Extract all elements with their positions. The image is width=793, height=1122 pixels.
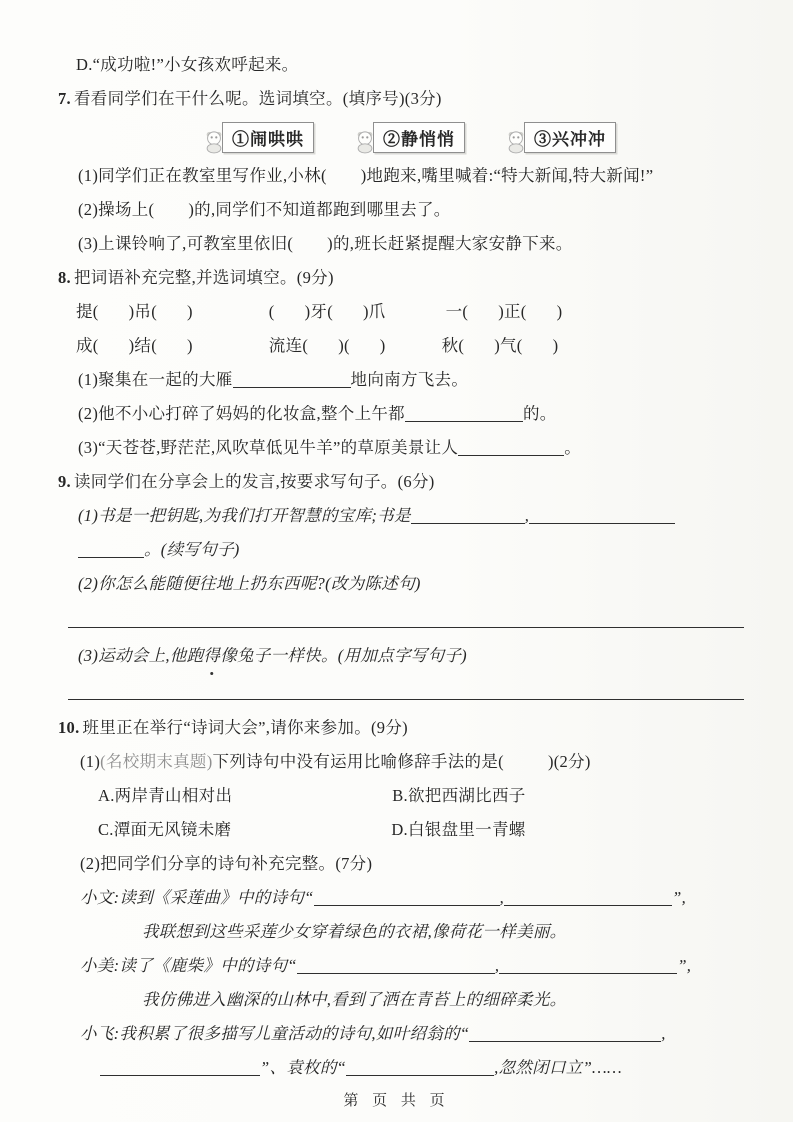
text-run: 我联想到这些采莲少女穿着绿色的衣裙,像荷花一样美丽。 xyxy=(142,922,566,941)
text-run: 下列诗句中没有运用比喻修辞手法的是( xyxy=(213,752,504,771)
word-option-group: ①闹哄哄 xyxy=(203,121,314,154)
text-run: D.“成功啦!”小女孩欢呼起来。 xyxy=(76,55,298,74)
q10-xiaowen: 小文:读到《采莲曲》中的诗句“,”, xyxy=(58,881,763,915)
text-run: D.白银盘里一青螺 xyxy=(391,820,525,839)
text-run: )吊( xyxy=(129,302,157,321)
text-run: (1)同学们正在教室里写作业,小林( xyxy=(78,166,327,185)
text-run: 地向南方飞去。 xyxy=(351,370,469,389)
text-run: 班里正在举行“诗词大会”,请你来参加。(9分) xyxy=(83,718,408,737)
text-run: 把词语补充完整,并选词填空。(9分) xyxy=(74,268,334,287)
text-run: 读同学们在分享会上的发言,按要求写句子。(6分) xyxy=(74,472,435,491)
text-run: (1)聚集在一起的大雁 xyxy=(78,370,233,389)
question-number: 9. xyxy=(58,472,71,491)
text-run: 提( xyxy=(76,302,99,321)
q8-title: 8.把词语补充完整,并选词填空。(9分) xyxy=(58,261,763,295)
answer-blank xyxy=(458,455,564,456)
q7-item-1: (1)同学们正在教室里写作业,小林()地跑来,嘴里喊着:“特大新闻,特大新闻!” xyxy=(58,159,763,193)
text-run: ,忽然闭口立”…… xyxy=(494,1058,622,1077)
answer-blank xyxy=(499,973,677,974)
q10-xiaofei: 小飞:我积累了很多描写儿童活动的诗句,如叶绍翁的“, xyxy=(58,1017,763,1051)
q10-xiaomei: 小美:读了《鹿柴》中的诗句“,”, xyxy=(58,949,763,983)
text-run: 流连( xyxy=(269,336,308,355)
q7-item-2: (2)操场上()的,同学们不知道都跑到哪里去了。 xyxy=(58,193,763,227)
source-tag: (名校期末真题) xyxy=(100,752,212,771)
q10-xiaowen-cont: 我联想到这些采莲少女穿着绿色的衣裙,像荷花一样美丽。 xyxy=(58,915,763,949)
text-run: ) xyxy=(187,336,193,355)
q10-options-cd: C.潭面无风镜未磨D.白银盘里一青螺 xyxy=(58,813,763,847)
text-run: (1)书是一把钥匙,为我们打开智慧的宝库;书是 xyxy=(78,506,411,525)
q10-xiaomei-cont: 我仿佛进入幽深的山林中,看到了洒在青苔上的细碎柔光。 xyxy=(58,983,763,1017)
text-run: ( xyxy=(269,302,275,321)
q10-options-ab: A.两岸青山相对出B.欲把西湖比西子 xyxy=(58,779,763,813)
text-run: (3)运动会上,他跑 xyxy=(78,646,203,665)
word-option-group: ②静悄悄 xyxy=(354,121,465,154)
answer-blank xyxy=(314,905,500,906)
q8-word-row-1: 提()吊()()牙()爪一()正() xyxy=(58,295,763,329)
text-run: )正( xyxy=(498,302,526,321)
q8-item-1: (1)聚集在一起的大雁地向南方飞去。 xyxy=(58,363,763,397)
answer-blank xyxy=(529,523,675,524)
q10-xiaofei-cont: ”、袁枚的“,忽然闭口立”…… xyxy=(58,1051,763,1085)
text-run: )(2分) xyxy=(548,752,591,771)
text-run: (1) xyxy=(80,752,100,771)
q10-item-1: (1)(名校期末真题)下列诗句中没有运用比喻修辞手法的是()(2分) xyxy=(58,745,763,779)
answer-blank xyxy=(68,627,744,628)
answer-blank xyxy=(297,973,495,974)
text-run: (3)“天苍苍,野茫茫,风吹草低见牛羊”的草原美景让人 xyxy=(78,438,458,457)
text-run: )牙( xyxy=(305,302,333,321)
q9-title: 9.读同学们在分享会上的发言,按要求写句子。(6分) xyxy=(58,465,763,499)
exam-page: D.“成功啦!”小女孩欢呼起来。7.看看同学们在干什么呢。选词填空。(填序号)(… xyxy=(0,0,793,1122)
q7-item-3: (3)上课铃响了,可教室里依旧()的,班长赶紧提醒大家安静下来。 xyxy=(58,227,763,261)
text-run: 成( xyxy=(76,336,99,355)
answer-blank xyxy=(78,557,144,558)
text-run: 小飞:我积累了很多描写儿童活动的诗句,如叶绍翁的“ xyxy=(80,1024,469,1043)
q9-item-1-cont: 。(续写句子) xyxy=(58,533,763,567)
question-number: 8. xyxy=(58,268,71,287)
answer-blank xyxy=(233,387,351,388)
text-run: 看看同学们在干什么呢。选词填空。(填序号)(3分) xyxy=(74,89,442,108)
word-option-box: ①闹哄哄 xyxy=(222,122,314,153)
answer-blank xyxy=(100,1075,260,1076)
exam-lines-top: D.“成功啦!”小女孩欢呼起来。7.看看同学们在干什么呢。选词填空。(填序号)(… xyxy=(58,48,763,116)
word-option-box: ②静悄悄 xyxy=(373,122,465,153)
answer-rule-2 xyxy=(58,673,763,711)
q8-item-3: (3)“天苍苍,野茫茫,风吹草低见牛羊”的草原美景让人。 xyxy=(58,431,763,465)
text-run: B.欲把西湖比西子 xyxy=(392,786,525,805)
text-run: ) xyxy=(557,302,563,321)
text-run: ) xyxy=(380,336,386,355)
text-run: 。 xyxy=(564,438,581,457)
answer-blank xyxy=(411,523,525,524)
q10-title: 10.班里正在举行“诗词大会”,请你来参加。(9分) xyxy=(58,711,763,745)
text-run: 的。 xyxy=(523,404,557,423)
text-run: A.两岸青山相对出 xyxy=(98,786,232,805)
text-run: (3)上课铃响了,可教室里依旧( xyxy=(78,234,293,253)
text-run: 。(续写句子) xyxy=(144,540,240,559)
answer-blank xyxy=(68,699,744,700)
text-run: 像兔子一样快。(用加点字写句子) xyxy=(220,646,467,665)
text-run: 小文:读到《采莲曲》中的诗句“ xyxy=(80,888,314,907)
text-run: 秋( xyxy=(442,336,465,355)
text-run: )( xyxy=(338,336,350,355)
page-footer: 第 页 共 页 xyxy=(58,1085,763,1122)
word-option-box: ③兴冲冲 xyxy=(524,122,616,153)
text-run: , xyxy=(661,1024,665,1043)
option-d-line: D.“成功啦!”小女孩欢呼起来。 xyxy=(58,48,763,82)
exam-lines-main: (1)同学们正在教室里写作业,小林()地跑来,嘴里喊着:“特大新闻,特大新闻!”… xyxy=(58,159,763,1085)
q8-word-row-2: 成()结()流连()()秋()气() xyxy=(58,329,763,363)
emphasized-char: 得 xyxy=(203,639,220,673)
q9-item-2: (2)你怎么能随便往地上扔东西呢?(改为陈述句) xyxy=(58,567,763,601)
answer-blank xyxy=(469,1041,661,1042)
text-run: (2)操场上( xyxy=(78,200,154,219)
text-run: ”, xyxy=(672,888,686,907)
text-run: )的,同学们不知道都跑到哪里去了。 xyxy=(188,200,450,219)
text-run: )地跑来,嘴里喊着:“特大新闻,特大新闻!” xyxy=(361,166,654,185)
answer-blank xyxy=(405,421,523,422)
text-run: 我仿佛进入幽深的山林中,看到了洒在青苔上的细碎柔光。 xyxy=(142,990,566,1009)
text-run: 小美:读了《鹿柴》中的诗句“ xyxy=(80,956,297,975)
q10-item-2: (2)把同学们分享的诗句补充完整。(7分) xyxy=(58,847,763,881)
question-number: 7. xyxy=(58,89,71,108)
text-run: (2)他不小心打碎了妈妈的化妆盒,整个上午都 xyxy=(78,404,405,423)
text-run: (2)把同学们分享的诗句补充完整。(7分) xyxy=(80,854,372,873)
text-run: ) xyxy=(187,302,193,321)
word-option-group: ③兴冲冲 xyxy=(505,121,616,154)
answer-blank xyxy=(504,905,672,906)
answer-blank xyxy=(346,1075,494,1076)
question-number: 10. xyxy=(58,718,80,737)
q9-item-1: (1)书是一把钥匙,为我们打开智慧的宝库;书是, xyxy=(58,499,763,533)
text-run: C.潭面无风镜未磨 xyxy=(98,820,231,839)
text-run: (2)你怎么能随便往地上扔东西呢?(改为陈述句) xyxy=(78,574,421,593)
text-run: ”, xyxy=(677,956,691,975)
text-run: )结( xyxy=(129,336,157,355)
answer-rule-1 xyxy=(58,601,763,639)
word-options-row: ①闹哄哄 ②静悄悄 ③兴冲冲 xyxy=(203,116,763,159)
text-run: )爪 xyxy=(363,302,386,321)
text-run: )气( xyxy=(494,336,522,355)
text-run: ) xyxy=(553,336,559,355)
text-run: 一( xyxy=(446,302,469,321)
text-run: )的,班长赶紧提醒大家安静下来。 xyxy=(327,234,572,253)
q7-title: 7.看看同学们在干什么呢。选词填空。(填序号)(3分) xyxy=(58,82,763,116)
q8-item-2: (2)他不小心打碎了妈妈的化妆盒,整个上午都的。 xyxy=(58,397,763,431)
text-run: ”、袁枚的“ xyxy=(260,1058,346,1077)
q9-item-3: (3)运动会上,他跑得像兔子一样快。(用加点字写句子) xyxy=(58,639,763,673)
